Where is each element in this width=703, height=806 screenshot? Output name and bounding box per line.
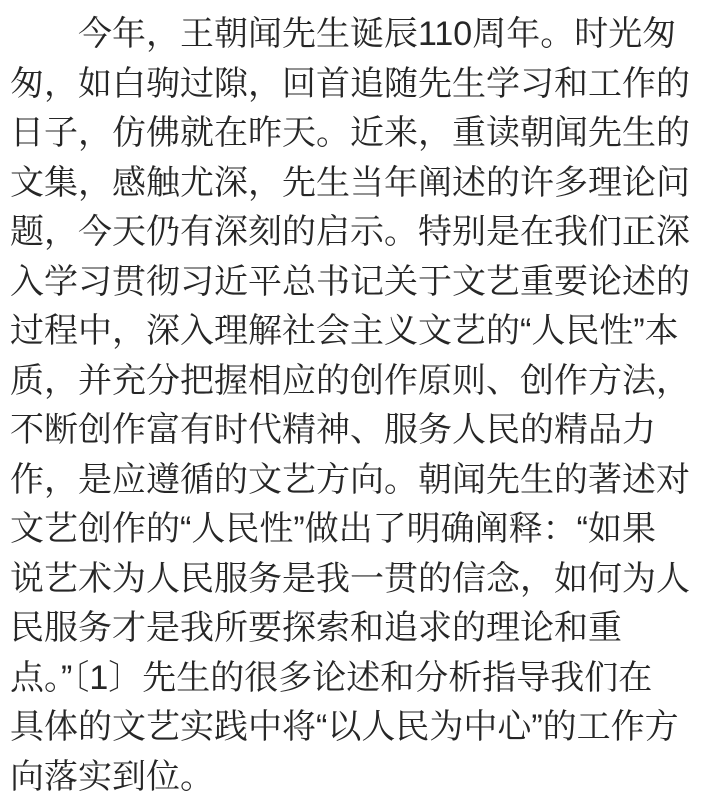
paragraph-line: 今年，王朝闻先生诞辰110周年。时光匆 bbox=[10, 10, 693, 60]
paragraph-line: 日子，仿佛就在昨天。近来，重读朝闻先生的 bbox=[10, 109, 693, 159]
paragraph-line: 民服务才是我所要探索和追求的理论和重 bbox=[10, 604, 693, 654]
document-page: { "page": { "background_color": "#ffffff… bbox=[0, 0, 703, 806]
paragraph-line: 题，今天仍有深刻的启示。特别是在我们正深 bbox=[10, 208, 693, 258]
article-body: 今年，王朝闻先生诞辰110周年。时光匆 匆，如白驹过隙，回首追随先生学习和工作的… bbox=[0, 0, 703, 802]
paragraph-line: 文集，感触尤深，先生当年阐述的许多理论问 bbox=[10, 159, 693, 209]
paragraph-line: 具体的文艺实践中将“以人民为中心”的工作方 bbox=[10, 703, 693, 753]
paragraph-line: 匆，如白驹过隙，回首追随先生学习和工作的 bbox=[10, 60, 693, 110]
paragraph-line: 文艺创作的“人民性”做出了明确阐释：“如果 bbox=[10, 505, 693, 555]
paragraph-line: 入学习贯彻习近平总书记关于文艺重要论述的 bbox=[10, 258, 693, 308]
paragraph-line: 说艺术为人民服务是我一贯的信念，如何为人 bbox=[10, 555, 693, 605]
paragraph: 今年，王朝闻先生诞辰110周年。时光匆 匆，如白驹过隙，回首追随先生学习和工作的… bbox=[10, 10, 693, 802]
paragraph-line: 点。”〔1〕先生的很多论述和分析指导我们在 bbox=[10, 654, 693, 704]
paragraph-line: 不断创作富有时代精神、服务人民的精品力 bbox=[10, 406, 693, 456]
paragraph-line: 过程中，深入理解社会主义文艺的“人民性”本 bbox=[10, 307, 693, 357]
paragraph-line: 向落实到位。 bbox=[10, 753, 693, 803]
paragraph-line: 作，是应遵循的文艺方向。朝闻先生的著述对 bbox=[10, 456, 693, 506]
paragraph-line: 质，并充分把握相应的创作原则、创作方法， bbox=[10, 357, 693, 407]
